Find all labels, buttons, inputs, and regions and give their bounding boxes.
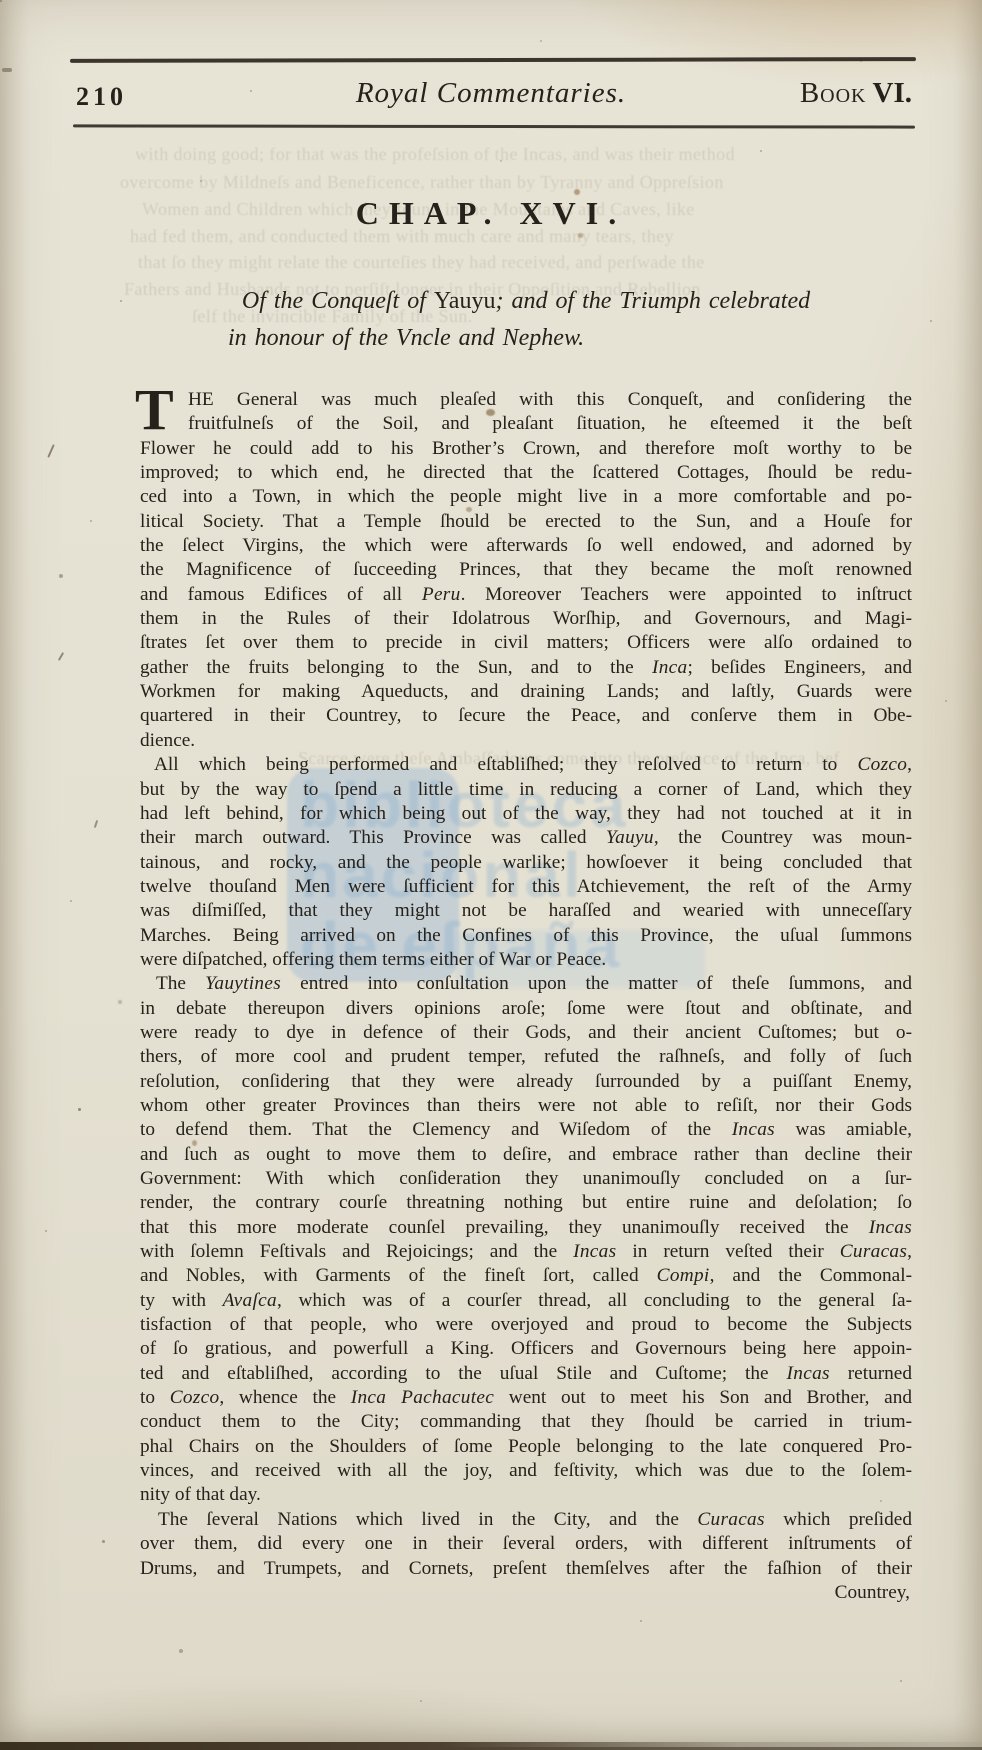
text-line: the Magnificence of ſucceeding Princes, …: [140, 558, 912, 582]
text-line: to Cozco, whence the Inca Pachacutec wen…: [140, 1386, 912, 1410]
text-line: Marches. Being arrived on the Confines o…: [140, 924, 912, 948]
text-line: nity of that day.: [140, 1483, 912, 1507]
text-line: Flower he could add to his Brother’s Cro…: [140, 437, 912, 461]
ink-stain: [118, 1000, 122, 1004]
margin-pen-mark: [102, 1540, 105, 1543]
text-line: over them, did every one in their ſevera…: [140, 1532, 912, 1556]
scan-edge-mark: [2, 68, 12, 72]
header-rule-top: [70, 57, 916, 63]
text-line: and Nobles, with Garments of the fineſt …: [140, 1264, 912, 1288]
text-line: and ſuch as ought to move them to deſire…: [140, 1143, 912, 1167]
chapter-subtitle: Of the Conqueſt of Yauyu; and of the Tri…: [140, 283, 912, 357]
text-line: with ſolemn Feſtivals and Rejoicings; an…: [140, 1240, 912, 1264]
ink-stain: [578, 233, 583, 238]
text-line: whom other greater Provinces than theirs…: [140, 1094, 912, 1118]
text-line: HE General was much pleaſed with this Co…: [140, 388, 912, 412]
text-line: tainous, and rocky, and the people warli…: [140, 851, 912, 875]
text-line: tisfaction of that people, who were over…: [140, 1313, 912, 1337]
text-line: The Yauytines entred into conſultation u…: [140, 972, 912, 996]
text-line: All which being performed and eſtabliſhe…: [140, 753, 912, 777]
text-line: ty with Avaſca, which was of a courſer t…: [140, 1289, 912, 1313]
text-line: was diſmiſſed, that they might not be ha…: [140, 899, 912, 923]
book-numeral: VI.: [873, 77, 912, 109]
header-rule-bottom: [73, 124, 915, 128]
margin-pen-mark: [94, 820, 98, 828]
text-line: quartered in their Countrey, to ſecure t…: [140, 704, 912, 728]
text-line: render, the contrary courſe threatning n…: [140, 1191, 912, 1215]
text-line: Drums, and Trumpets, and Cornets, preſen…: [140, 1557, 912, 1581]
text-line: them in the Rules of their Idolatrous Wo…: [140, 607, 912, 631]
drop-cap: T: [135, 381, 174, 439]
chapter-heading: CHAP. XVI.: [0, 195, 982, 232]
text-line: twelve thouſand Men were ſufficient for …: [140, 875, 912, 899]
showthrough-line: with doing good; for that was the profeſ…: [135, 144, 735, 165]
text-line: Workmen for making Aqueducts, and draini…: [140, 680, 912, 704]
text-line: but by the way to ſpend a little time in…: [140, 778, 912, 802]
body-text: T HE General was much pleaſed with this …: [140, 388, 912, 1581]
ink-stain: [574, 189, 580, 195]
text-line: vinces, and received with all the joy, a…: [140, 1459, 912, 1483]
ink-stain: [486, 409, 495, 416]
text-line: The ſeveral Nations which lived in the C…: [140, 1508, 912, 1532]
margin-pen-mark: [58, 652, 64, 661]
text-line: litical Society. That a Temple ſhould be…: [140, 510, 912, 534]
text-line: were ready to dye in defence of their Go…: [140, 1021, 912, 1045]
margin-pen-mark: [47, 444, 55, 458]
book-page: with doing good; for that was the profeſ…: [0, 0, 982, 1750]
text-line: phal Chairs on the Shoulders of ſome Peo…: [140, 1435, 912, 1459]
text-line: that this more moderate counſel prevaili…: [140, 1216, 912, 1240]
text-line: ced into a Town, in which the people mig…: [140, 485, 912, 509]
text-line: reſolution, conſidering that they were a…: [140, 1070, 912, 1094]
text-line: thers, of more cool and prudent temper, …: [140, 1045, 912, 1069]
text-line: Government: With which conſideration the…: [140, 1167, 912, 1191]
showthrough-line: that ſo they might relate the courteſies…: [138, 252, 705, 273]
text-line: were diſpatched, offering them terms eit…: [140, 948, 912, 972]
ink-stain: [466, 507, 472, 512]
text-line: the ſelect Virgins, the which were after…: [140, 534, 912, 558]
paper-specks: [0, 0, 2, 2]
text-line: to defend them. That the Clemency and Wi…: [140, 1118, 912, 1142]
showthrough-line: overcome by Mildneſs and Beneficence, ra…: [120, 172, 724, 193]
text-line: ſtrates ſet over them to precide in civi…: [140, 631, 912, 655]
text-line: dience.: [140, 729, 912, 753]
margin-pen-mark: [78, 1108, 81, 1111]
catchword: Countrey,: [835, 1582, 910, 1604]
text-line: ted and eſtabliſhed, according to the uſ…: [140, 1362, 912, 1386]
text-line: fruitfulneſs of the Soil, and pleaſant ſ…: [140, 412, 912, 436]
text-line: conduct them to the City; commanding tha…: [140, 1410, 912, 1434]
chapter-subtitle-line1: Of the Conqueſt of Yauyu; and of the Tri…: [140, 283, 912, 320]
text-line: in debate thereupon divers opinions aroſ…: [140, 997, 912, 1021]
chapter-subtitle-line2: in honour of the Vncle and Nephew.: [140, 320, 912, 357]
text-line: of ſo gratious, and powerfull a King. Of…: [140, 1337, 912, 1361]
text-line: improved; to which end, he directed that…: [140, 461, 912, 485]
ink-stain: [192, 1140, 197, 1146]
scan-bottom-edge: [0, 1742, 982, 1750]
text-line: gather the fruits belonging to the Sun, …: [140, 656, 912, 680]
text-line: had left behind, for which being out of …: [140, 802, 912, 826]
book-label: BookVI.: [800, 77, 912, 110]
book-word: Book: [800, 77, 867, 109]
text-line: and famous Edifices of all Peru. Moreove…: [140, 583, 912, 607]
text-line: their march outward. This Province was c…: [140, 826, 912, 850]
